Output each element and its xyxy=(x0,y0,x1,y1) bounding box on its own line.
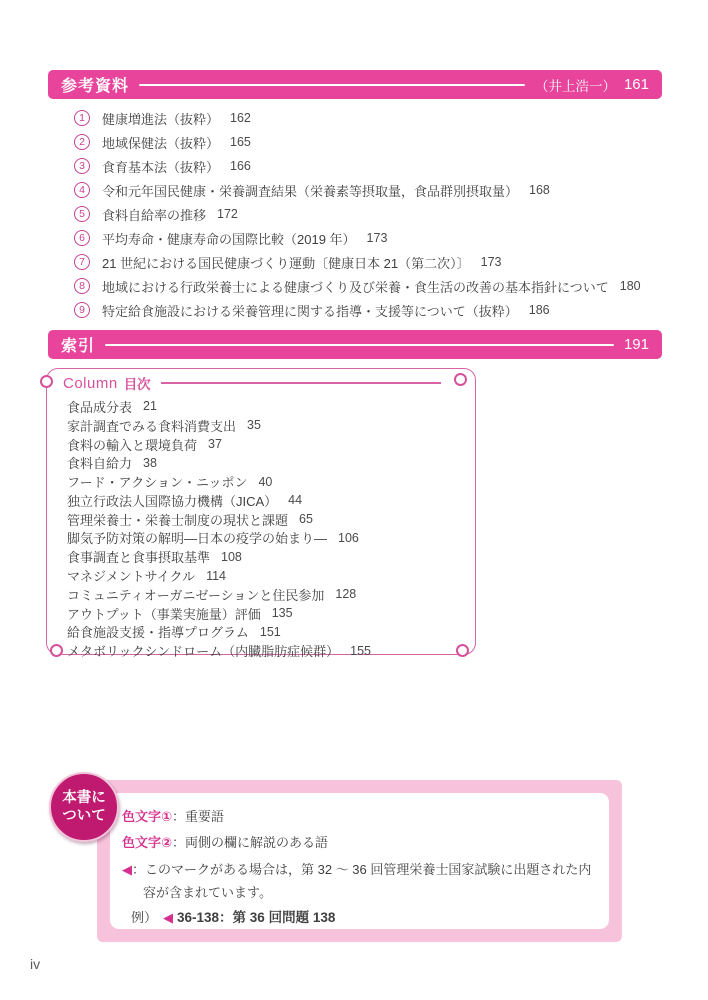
column-item: 食料自給力 38 xyxy=(67,453,459,472)
column-item: メタボリックシンドローム（内臓脂肪症候群） 155 xyxy=(67,641,459,660)
legend-desc-3: ：このマークがある場合は，第 32 ～ 36 回管理栄養士国家試験に出題された内… xyxy=(132,862,591,900)
column-item-page: 155 xyxy=(350,644,371,658)
toc-item-page: 173 xyxy=(481,255,502,269)
header-rule xyxy=(161,382,441,384)
colored-text-term-1: 色文字① xyxy=(122,809,172,824)
column-item-page: 35 xyxy=(247,418,261,432)
column-item: 管理栄養士・栄養士制度の現状と課題 65 xyxy=(67,510,459,529)
column-item: フード・アクション・ニッポン 40 xyxy=(67,472,459,491)
circled-number-icon: 2 xyxy=(74,134,90,150)
circled-number-icon: 6 xyxy=(74,230,90,246)
legend-line-2: 色文字②：両側の欄に解説のある語 xyxy=(122,830,597,856)
header-rule xyxy=(105,344,614,346)
column-item-label: 家計調査でみる食料消費支出 xyxy=(67,416,236,435)
toc-item-label: 地域における行政栄養士による健康づくり及び栄養・食生活の改善の基本指針について xyxy=(102,277,609,296)
example-text: 36-138：第 36 回問題 138 xyxy=(177,910,335,925)
about-this-book-box: 色文字①：重要語 色文字②：両側の欄に解説のある語 ◀：このマークがある場合は，… xyxy=(97,780,622,942)
page-folio: iv xyxy=(30,956,40,972)
triangle-mark-icon: ◀ xyxy=(122,862,132,877)
reference-section-author: （井上浩一） xyxy=(535,75,616,95)
toc-item-page: 172 xyxy=(217,207,238,221)
column-item-label: 管理栄養士・栄養士制度の現状と課題 xyxy=(67,510,288,529)
column-item-page: 40 xyxy=(258,475,272,489)
toc-item-label: 食育基本法（抜粋） xyxy=(102,157,219,176)
toc-item-page: 173 xyxy=(367,231,388,245)
colored-text-term-2: 色文字② xyxy=(122,835,172,850)
toc-item-page: 168 xyxy=(529,183,550,197)
ring-icon xyxy=(454,373,467,386)
toc-item: 8 地域における行政栄養士による健康づくり及び栄養・食生活の改善の基本指針につい… xyxy=(74,274,674,298)
legend-line-3: ◀：このマークがある場合は，第 32 ～ 36 回管理栄養士国家試験に出題された… xyxy=(122,858,597,904)
legend-desc-1: ：重要語 xyxy=(172,809,224,824)
about-this-book-badge: 本書に ついて xyxy=(49,772,119,842)
column-box-header: Column 目次 xyxy=(47,369,475,391)
column-item: アウトプット（事業実施量）評価 135 xyxy=(67,604,459,623)
column-item-label: 食品成分表 xyxy=(67,397,132,416)
toc-item: 9 特定給食施設における栄養管理に関する指導・支援等について（抜粋） 186 xyxy=(74,298,674,322)
toc-item-page: 186 xyxy=(529,303,550,317)
example-prefix: 例） xyxy=(131,910,157,925)
column-item-page: 37 xyxy=(208,437,222,451)
toc-item-label: 食料自給率の推移 xyxy=(102,205,206,224)
column-subtitle: 目次 xyxy=(124,373,151,393)
circled-number-icon: 7 xyxy=(74,254,90,270)
reference-section-title: 参考資料 xyxy=(61,73,129,96)
circled-number-icon: 3 xyxy=(74,158,90,174)
index-section-header: 索引 191 xyxy=(48,330,662,359)
badge-text-line2: ついて xyxy=(62,807,106,825)
toc-item-label: 平均寿命・健康寿命の国際比較（2019 年） xyxy=(102,229,356,248)
header-rule xyxy=(139,84,525,86)
toc-item: 7 21 世紀における国民健康づくり運動〔健康日本 21（第二次）〕 173 xyxy=(74,250,674,274)
column-item-label: 食料自給力 xyxy=(67,453,132,472)
column-item-label: 脚気予防対策の解明―日本の疫学の始まり― xyxy=(67,528,327,547)
circled-number-icon: 5 xyxy=(74,206,90,222)
column-item-label: アウトプット（事業実施量）評価 xyxy=(67,604,261,623)
column-item: 食品成分表 21 xyxy=(67,397,459,416)
column-item: 食事調査と食事摂取基準 108 xyxy=(67,547,459,566)
toc-item-label: 令和元年国民健康・栄養調査結果（栄養素等摂取量，食品群別摂取量） xyxy=(102,181,518,200)
circled-number-icon: 8 xyxy=(74,278,90,294)
column-item-page: 21 xyxy=(143,399,157,413)
column-item: マネジメントサイクル 114 xyxy=(67,566,459,585)
legend-desc-2: ：両側の欄に解説のある語 xyxy=(172,835,328,850)
column-item-page: 106 xyxy=(338,531,359,545)
circled-number-icon: 9 xyxy=(74,302,90,318)
column-item-page: 108 xyxy=(221,550,242,564)
column-item: 家計調査でみる食料消費支出 35 xyxy=(67,416,459,435)
column-item-label: 給食施設支援・指導プログラム xyxy=(67,622,249,641)
column-item-page: 151 xyxy=(260,625,281,639)
toc-item-page: 162 xyxy=(230,111,251,125)
legend-example-line: 例）◀36-138：第 36 回問題 138 xyxy=(131,904,597,931)
toc-item: 5 食料自給率の推移 172 xyxy=(74,202,674,226)
column-item: 食料の輸入と環境負荷 37 xyxy=(67,435,459,454)
column-item-label: コミュニティオーガニゼーションと住民参加 xyxy=(67,585,324,604)
column-item-label: フード・アクション・ニッポン xyxy=(67,472,247,491)
about-box-content: 色文字①：重要語 色文字②：両側の欄に解説のある語 ◀：このマークがある場合は，… xyxy=(110,793,609,929)
toc-item-page: 165 xyxy=(230,135,251,149)
column-item: コミュニティオーガニゼーションと住民参加 128 xyxy=(67,585,459,604)
column-item-page: 114 xyxy=(206,569,226,583)
column-item-page: 135 xyxy=(272,606,293,620)
circled-number-icon: 4 xyxy=(74,182,90,198)
toc-item: 4 令和元年国民健康・栄養調査結果（栄養素等摂取量，食品群別摂取量） 168 xyxy=(74,178,674,202)
column-item-page: 44 xyxy=(288,493,302,507)
reference-section-page: 161 xyxy=(624,76,649,93)
column-item-label: 食料の輸入と環境負荷 xyxy=(67,435,197,454)
ring-icon xyxy=(50,644,63,657)
toc-item-page: 180 xyxy=(620,279,641,293)
column-item-label: 独立行政法人国際協力機構（JICA） xyxy=(67,491,277,510)
index-section-page: 191 xyxy=(624,336,649,353)
badge-text-line1: 本書に xyxy=(62,789,106,807)
column-item: 脚気予防対策の解明―日本の疫学の始まり― 106 xyxy=(67,529,459,548)
circled-number-icon: 1 xyxy=(74,110,90,126)
triangle-mark-icon: ◀ xyxy=(163,910,173,925)
column-item-page: 38 xyxy=(143,456,157,470)
column-item: 独立行政法人国際協力機構（JICA） 44 xyxy=(67,491,459,510)
column-toc-list: 食品成分表 21 家計調査でみる食料消費支出 35 食料の輸入と環境負荷 37 … xyxy=(47,391,475,660)
reference-section-header: 参考資料 （井上浩一） 161 xyxy=(48,70,662,99)
book-toc-page: 参考資料 （井上浩一） 161 1 健康増進法（抜粋） 162 2 地域保健法（… xyxy=(0,0,708,1000)
toc-item-page: 166 xyxy=(230,159,251,173)
toc-item: 3 食育基本法（抜粋） 166 xyxy=(74,154,674,178)
column-toc-box: Column 目次 食品成分表 21 家計調査でみる食料消費支出 35 食料の輸… xyxy=(46,368,476,655)
column-item-page: 128 xyxy=(335,587,356,601)
toc-item-label: 健康増進法（抜粋） xyxy=(102,109,219,128)
column-item-label: 食事調査と食事摂取基準 xyxy=(67,547,210,566)
legend-line-1: 色文字①：重要語 xyxy=(122,804,597,830)
column-item: 給食施設支援・指導プログラム 151 xyxy=(67,623,459,642)
toc-item-label: 特定給食施設における栄養管理に関する指導・支援等について（抜粋） xyxy=(102,301,518,320)
toc-item: 2 地域保健法（抜粋） 165 xyxy=(74,130,674,154)
column-item-page: 65 xyxy=(299,512,313,526)
toc-item: 1 健康増進法（抜粋） 162 xyxy=(74,106,674,130)
toc-item-label: 21 世紀における国民健康づくり運動〔健康日本 21（第二次）〕 xyxy=(102,253,470,272)
column-item-label: メタボリックシンドローム（内臓脂肪症候群） xyxy=(67,641,339,660)
column-item-label: マネジメントサイクル xyxy=(67,566,195,585)
toc-item-label: 地域保健法（抜粋） xyxy=(102,133,219,152)
column-label: Column xyxy=(63,375,118,392)
toc-item: 6 平均寿命・健康寿命の国際比較（2019 年） 173 xyxy=(74,226,674,250)
index-section-title: 索引 xyxy=(61,333,95,356)
ring-icon xyxy=(40,375,53,388)
reference-toc-list: 1 健康増進法（抜粋） 162 2 地域保健法（抜粋） 165 3 食育基本法（… xyxy=(74,106,674,322)
ring-icon xyxy=(456,644,469,657)
